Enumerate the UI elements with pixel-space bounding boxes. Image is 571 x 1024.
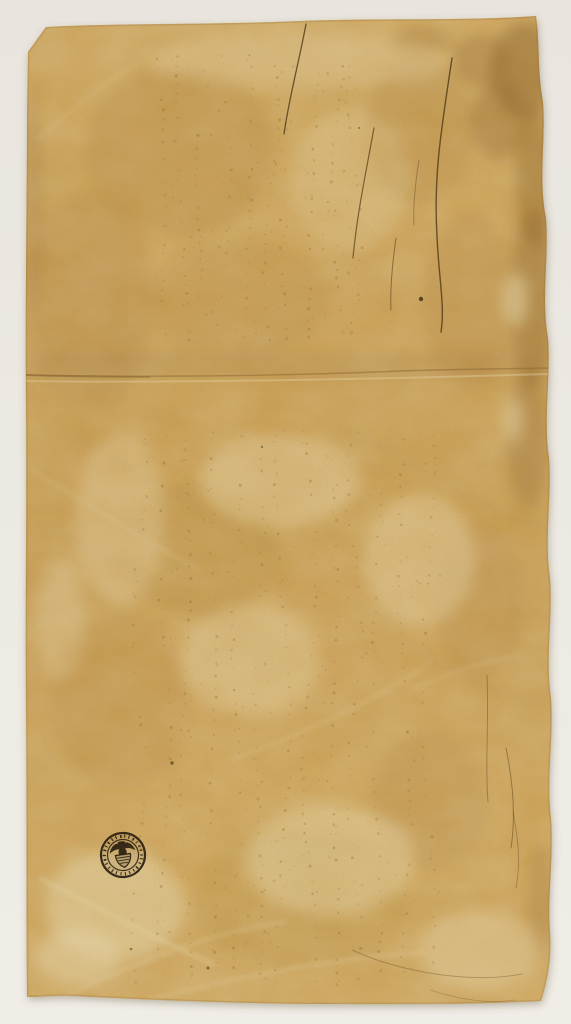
photo-frame — [0, 0, 571, 1024]
paper-grain-texture — [0, 0, 571, 1024]
scanned-sheet-photo — [0, 0, 571, 1024]
